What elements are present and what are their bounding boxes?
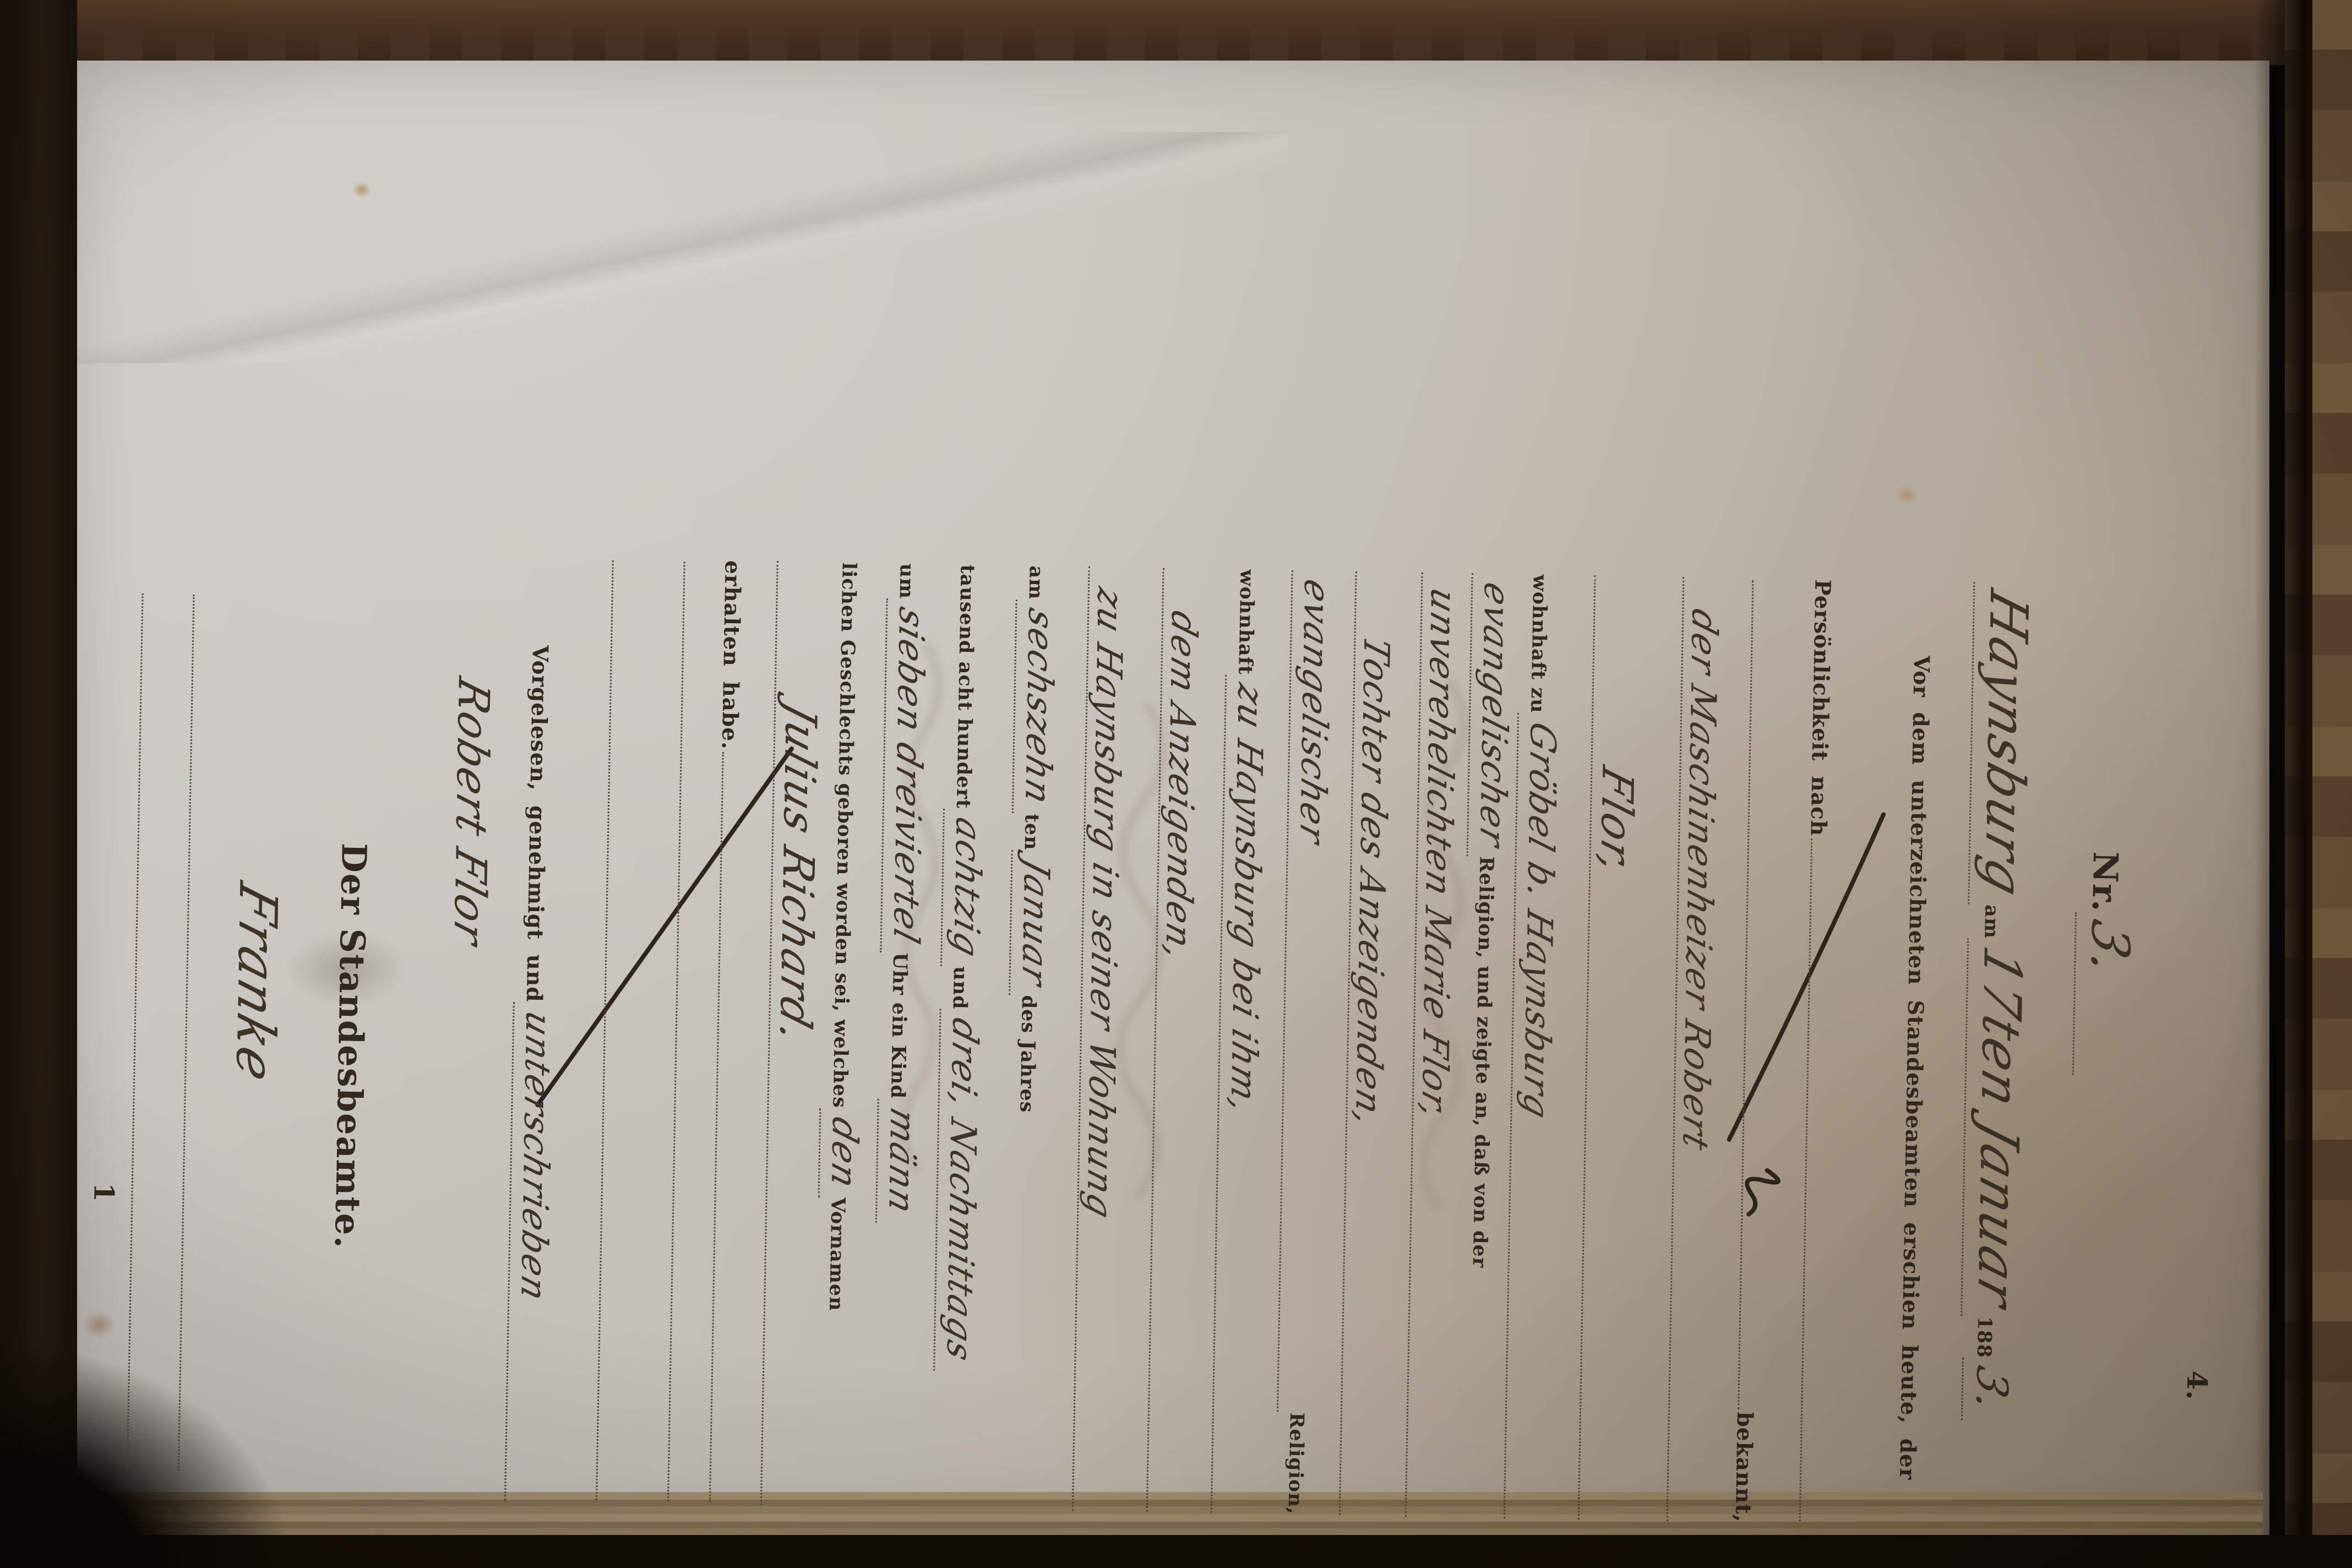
birth-date-line: am sechszehn ten Januar des Jahres xyxy=(1000,565,1062,1510)
erhalten-label: erhalten habe. xyxy=(717,560,745,750)
persoenlichkeit-label: Persönlichkeit nach xyxy=(1805,579,1835,836)
welches-handwritten: den xyxy=(823,1112,865,1194)
am-label: am xyxy=(1980,905,2003,939)
dotted-fill xyxy=(178,595,197,1471)
year-tens-handwritten: achtzig xyxy=(945,813,988,963)
birth-place-line: zu Haynsburg in seiner Wohnung xyxy=(1072,567,1131,1511)
gender-handwritten: männ xyxy=(880,1103,923,1219)
dotted-fill xyxy=(667,562,688,1501)
persoenlichkeit-line: Persönlichkeit nach xyxy=(1794,579,1836,1524)
place-date-line: Haynsburg am 17ten Januar 188 3. xyxy=(1959,582,2039,1422)
place-handwritten: Haynsburg xyxy=(1973,584,2039,905)
blank-dotted-line xyxy=(662,559,688,1504)
record-number-line: Nr. 3. xyxy=(2072,851,2142,1076)
uhr-kind-label: Uhr ein Kind xyxy=(886,952,912,1099)
intro-text: Vor dem unterzeichneten Standesbeamten e… xyxy=(1894,655,1934,1480)
vorgelesen-label: Vorgelesen, genehmigt und xyxy=(521,645,553,1002)
declarant-line-1: der Maschinenheizer Robert xyxy=(1667,577,1725,1522)
day-month-handwritten: 17ten Januar xyxy=(1966,940,2033,1316)
declarant-religion-handwritten: evangelischer xyxy=(1472,578,1517,853)
mother-residence2-handwritten: dem Anzeigenden, xyxy=(1157,606,1204,966)
dotted-fill xyxy=(709,752,726,1502)
declarant-residence-handwritten: Gröbel b. Haynsburg xyxy=(1515,717,1562,1125)
religion-anzeige-rest: Religion, und zeigte an, daß von der xyxy=(1468,856,1498,1268)
dotted-fill xyxy=(1799,839,1815,1521)
wohnhaft-label: wohnhaft xyxy=(1234,569,1258,675)
mother-line-1: unverehelichten Marie Flor, xyxy=(1405,573,1464,1517)
blank-dotted-line xyxy=(121,591,146,1472)
mother-residence-line-2: dem Anzeigenden, xyxy=(1146,568,1205,1513)
mother-religion-line: evangelischer Religion, xyxy=(1275,570,1337,1515)
sheet-number-value: 1 xyxy=(88,1183,121,1203)
year-printed: 188 xyxy=(1973,1316,1996,1358)
birth-month-handwritten: Januar xyxy=(1014,854,1057,992)
page-number-top: 4. xyxy=(2181,1370,2214,1401)
mother-description-handwritten: Tochter des Anzeigenden, xyxy=(1347,631,1396,1133)
religion-label: Religion, xyxy=(1284,1412,1308,1515)
birth-place-handwritten: zu Haynsburg in seiner Wohnung xyxy=(1079,583,1130,1224)
standesbeamte-label: Der Standesbeamte. xyxy=(327,842,374,1249)
year-ones-handwritten: drei, Nachmittags xyxy=(939,1013,985,1367)
declarant-occupation-name: der Maschinenheizer Robert xyxy=(1675,604,1725,1156)
page-number-value: 4. xyxy=(2181,1370,2214,1401)
bekannt-label: bekannt, xyxy=(1730,1412,1757,1522)
birth-time-handwritten: sieben dreiviertel xyxy=(885,603,932,949)
blank-dotted-line xyxy=(172,592,197,1473)
official-signature-line: Franke xyxy=(224,885,288,1081)
sheet-number-line: 1 xyxy=(88,1183,121,1203)
year-digit-handwritten: 3. xyxy=(1966,1360,2016,1419)
birth-year-line: tausend acht hundert achtzig und drei, N… xyxy=(931,564,993,1509)
und-label: und xyxy=(949,966,972,1010)
unterschrieben-handwritten: unterschrieben xyxy=(513,1006,558,1306)
mother-residence-line-1: wohnhaft zu Haynsburg bei ihm, xyxy=(1211,569,1273,1514)
year-words-printed: tausend acht hundert xyxy=(952,564,979,809)
wood-table-bottom-edge xyxy=(0,1535,2352,1568)
declarant-signature-line: Robert Flor xyxy=(444,679,498,945)
ten-label: ten xyxy=(1020,814,1043,851)
document-content-rotated: 4. Nr. 3. Haynsburg am 17ten Januar 188 … xyxy=(49,23,2285,1518)
dotted-fill xyxy=(1738,580,1756,1409)
pen-slash-blank-lines xyxy=(537,744,791,1109)
vornamen-label: Vornamen xyxy=(825,1197,850,1311)
declarant-signature: Robert Flor xyxy=(444,672,498,952)
mother-religion-handwritten: evangelischer xyxy=(1292,574,1337,850)
declarant-line-2: Flor, xyxy=(1578,575,1646,1520)
mother-name-handwritten: unverehelichten Marie Flor, xyxy=(1413,583,1463,1125)
standesbeamte-line: Der Standesbeamte. xyxy=(327,842,374,1249)
official-signature: Franke xyxy=(224,876,288,1090)
record-no-label: Nr. xyxy=(2084,851,2126,913)
vorgelesen-line: Vorgelesen, genehmigt und unterschrieben xyxy=(504,645,565,1501)
mother-residence-handwritten: zu Haynsburg bei ihm, xyxy=(1223,679,1271,1119)
intro-line: Vor dem unterzeichneten Standesbeamten e… xyxy=(1894,655,1934,1480)
child-name-handwritten: Julius Richard. xyxy=(770,697,825,1049)
blank-dotted-line xyxy=(590,558,616,1502)
am-label-2: am xyxy=(1025,565,1048,600)
photo-of-register-book: 4. Nr. 3. Haynsburg am 17ten Januar 188 … xyxy=(0,0,2352,1568)
wohnhaft-zu-label: wohnhaft zu xyxy=(1526,574,1551,714)
erhalten-line: erhalten habe. xyxy=(704,560,745,1505)
gender-line-rest: lichen Geschlechts geboren worden sei, w… xyxy=(828,562,860,1108)
birth-day-handwritten: sechszehn xyxy=(1017,603,1061,810)
bekannt-line: bekannt, xyxy=(1730,578,1772,1523)
birth-time-line: um sieben dreiviertel Uhr ein Kind männ xyxy=(870,563,933,1508)
mother-line-2: Tochter des Anzeigenden, xyxy=(1339,571,1398,1516)
declarant-surname: Flor, xyxy=(1591,761,1642,880)
des-jahres-label: des Jahres xyxy=(1015,995,1040,1113)
dotted-fill xyxy=(596,560,616,1500)
record-no-value-handwritten: 3. xyxy=(2079,913,2140,984)
um-label: um xyxy=(895,563,918,599)
dotted-fill xyxy=(127,594,146,1470)
